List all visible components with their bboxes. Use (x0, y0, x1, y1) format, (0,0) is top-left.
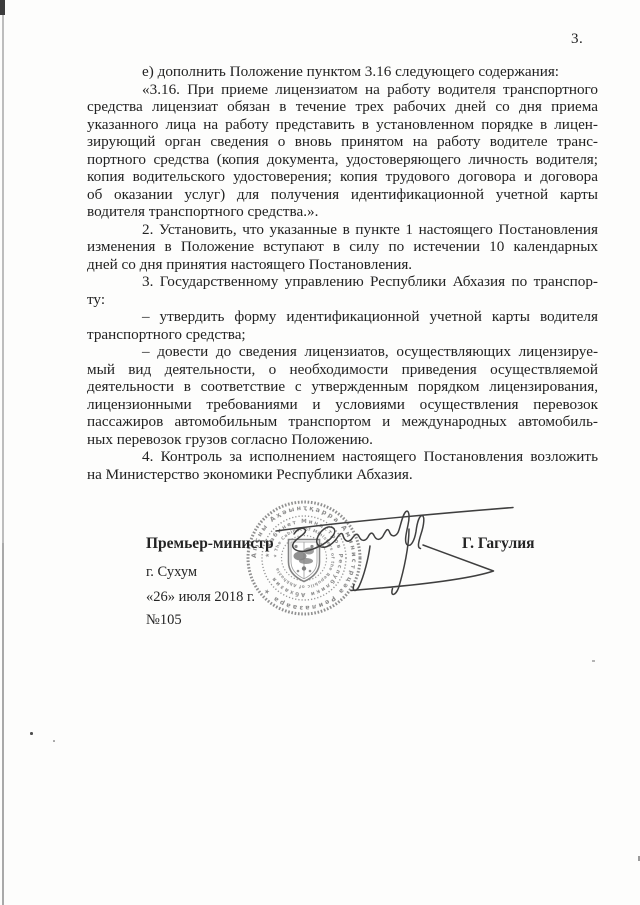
decree-number: №105 (146, 612, 182, 629)
signer-title: Премьер-министр (146, 535, 274, 553)
scanned-page: { "page": { "number": "3." }, "document"… (0, 0, 640, 905)
stamp-and-signature: Аҧсны Аҳәынҭқарра Аминистрцәа Реилазаара… (0, 0, 640, 905)
official-seal: Аҧсны Аҳәынҭқарра Аминистрцәа Реилазаара… (248, 502, 360, 614)
signer-name: Г. Гагулия (462, 535, 535, 553)
signature-city: г. Сухум (146, 564, 197, 581)
signature-date: «26» июля 2018 г. (146, 589, 255, 606)
